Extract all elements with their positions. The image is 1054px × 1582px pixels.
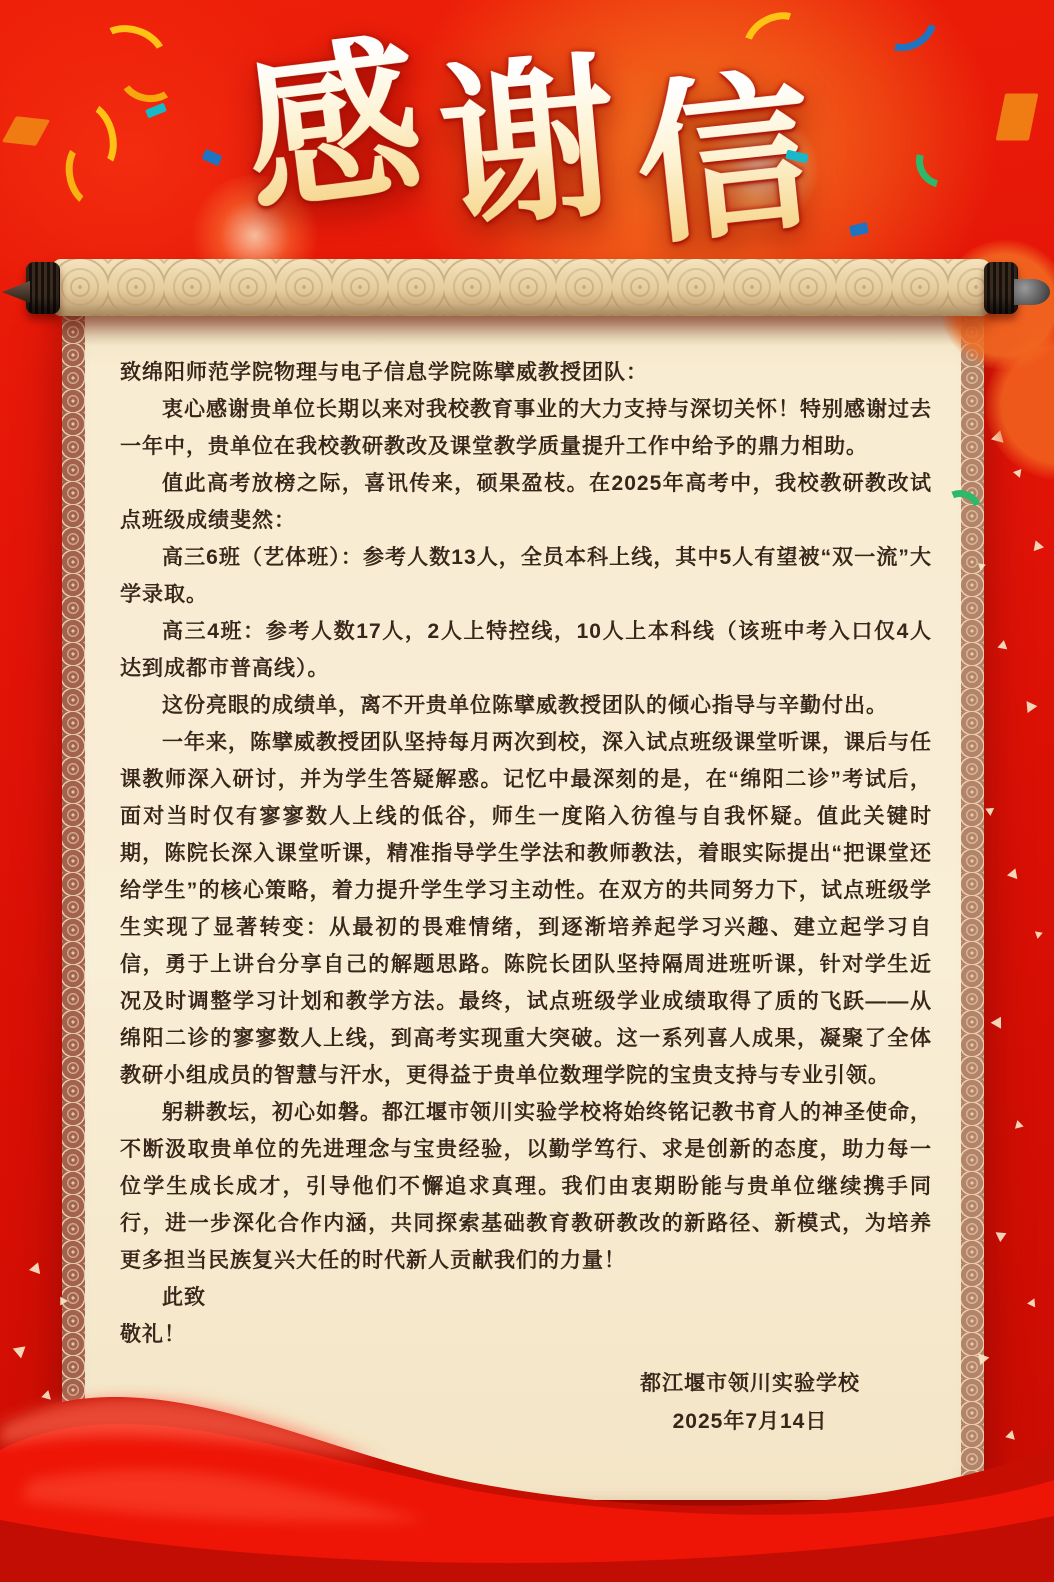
title-char: 感 [235, 30, 431, 226]
scroll-rod-end-cap-left [26, 262, 60, 314]
letter-paragraph: 衷心感谢贵单位长期以来对我校教育事业的大力支持与深切关怀！特别感谢过去一年中，贵… [120, 391, 932, 465]
speckle-triangle [1027, 1297, 1039, 1309]
letter-paragraph: 这份亮眼的成绩单，离不开贵单位陈擘威教授团队的倾心指导与辛勤付出。 [120, 687, 932, 724]
speckle-triangle [1030, 538, 1044, 552]
speckle-triangle [991, 429, 1007, 445]
speckle-triangle [1022, 698, 1039, 715]
speckle-triangle [1012, 466, 1025, 479]
poster-title: 感 谢 信 [0, 38, 1054, 214]
scroll-rod-end-cap-right [984, 262, 1018, 314]
title-char: 信 [628, 63, 821, 256]
speckle-triangle [1013, 1119, 1024, 1130]
letter-paragraph: 高三6班（艺体班）：参考人数13人，全员本科上线，其中5人有望被“双一流”大学录… [120, 539, 932, 613]
confetti-piece-blue [849, 222, 869, 237]
scroll-rod [52, 259, 990, 316]
letter-closing-phrase: 此致 [120, 1279, 932, 1316]
letter-salutation: 致绵阳师范学院物理与电子信息学院陈擘威教授团队： [120, 354, 932, 391]
letter-paragraph: 一年来，陈擘威教授团队坚持每月两次到校，深入试点班级课堂听课，课后与任课教师深入… [120, 724, 932, 1094]
speckle-triangle [1006, 866, 1020, 880]
speckle-triangle [997, 639, 1009, 651]
red-silk-wave [0, 1330, 1054, 1582]
speckle-triangle [990, 1014, 1006, 1030]
paper-border-pattern-left [62, 298, 85, 1500]
speckle-triangle [1032, 928, 1043, 939]
scroll-rod-spike-right [1014, 279, 1050, 305]
speckle-triangle [984, 804, 997, 817]
rod-shadow [62, 316, 984, 346]
letter-body: 致绵阳师范学院物理与电子信息学院陈擘威教授团队： 衷心感谢贵单位长期以来对我校教… [120, 354, 932, 1441]
letter-paragraph: 值此高考放榜之际，喜讯传来，硕果盈枝。在2025年高考中，我校教研教改试点班级成… [120, 465, 932, 539]
paper-border-pattern-right [961, 298, 984, 1500]
thank-you-letter-poster: 感 谢 信 致绵阳师范学院物理与电子信息学院陈擘威教授团队： 衷心感谢贵单位长期… [0, 0, 1054, 1582]
scroll-rod-spike-left [2, 281, 30, 303]
confetti-circle-orange [985, 330, 1054, 480]
letter-paragraph: 高三4班：参考人数17人，2人上特控线，10人上本科线（该班中考入口仅4人达到成… [120, 613, 932, 687]
speckle-triangle [994, 1228, 1009, 1243]
title-char: 谢 [433, 49, 624, 240]
letter-paragraph: 躬耕教坛，初心如磐。都江堰市领川实验学校将始终铭记教书育人的神圣使命，不断汲取贵… [120, 1094, 932, 1279]
speckle-triangle [28, 1260, 43, 1275]
letter-paper: 致绵阳师范学院物理与电子信息学院陈擘威教授团队： 衷心感谢贵单位长期以来对我校教… [62, 298, 984, 1500]
